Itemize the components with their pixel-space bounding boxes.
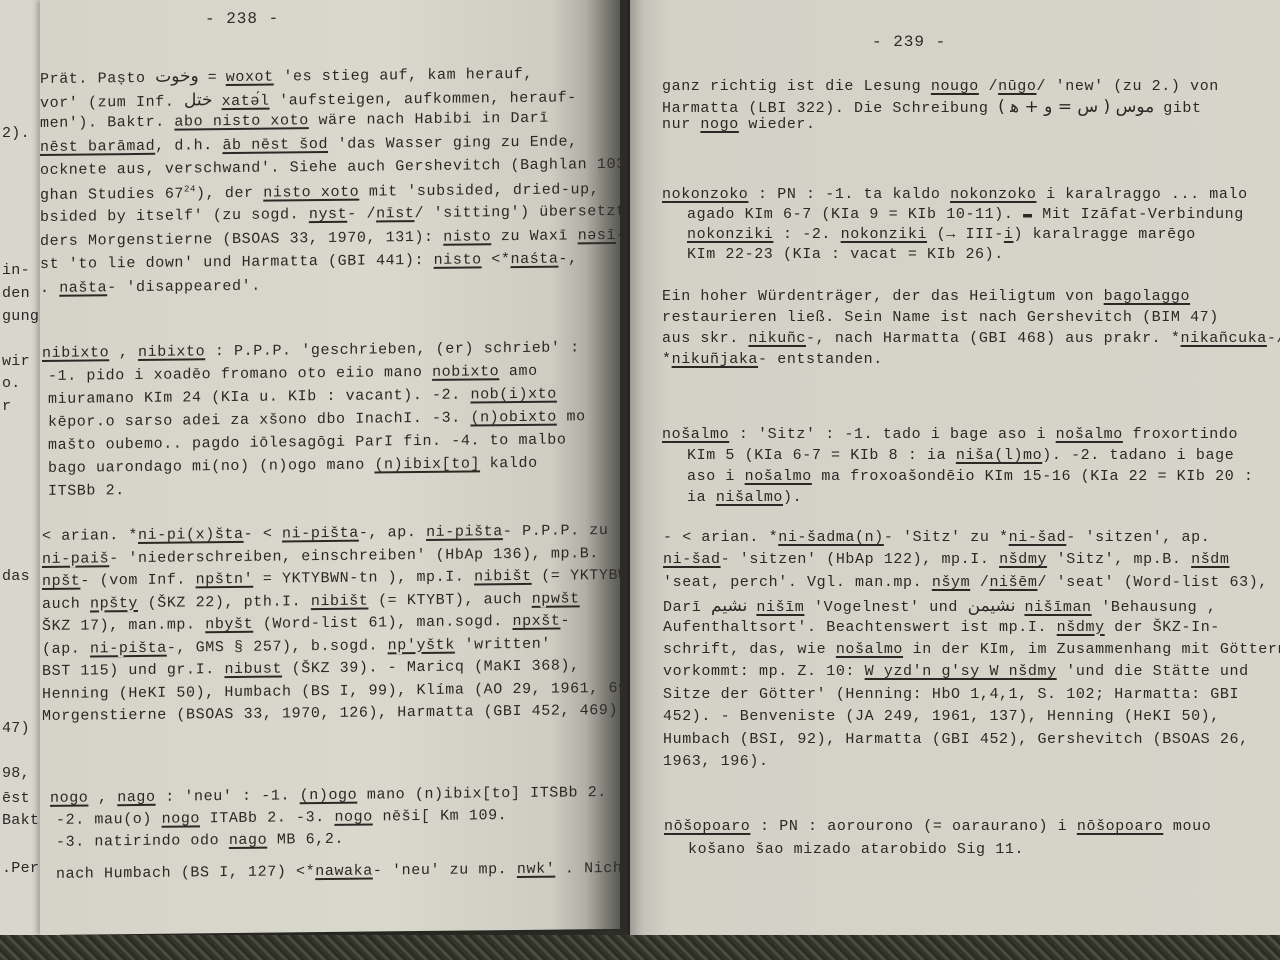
- text-segment: ganz richtig ist die Lesung: [662, 78, 931, 95]
- underlined-term: npštn': [196, 571, 254, 589]
- text-segment: schrift, das, wie: [663, 641, 836, 658]
- underlined-term: nisto xoto: [263, 183, 359, 201]
- etymology-line: Henning (HeKI 50), Humbach (BS I, 99), K…: [42, 679, 657, 702]
- text-segment: [213, 93, 222, 110]
- etymology-line: - < arian. *ni-šadma(n)- 'Sitz' zu *ni-š…: [663, 529, 1210, 546]
- text-segment: KIm 5 (KIa 6-7 = KIb 8 : ia: [687, 447, 956, 464]
- text-segment: <*: [482, 251, 511, 268]
- text-segment: - 'Sitz' zu *: [884, 529, 1009, 546]
- note-line: Ein hoher Würdenträger, der das Heiligtu…: [662, 288, 1190, 305]
- text-segment: BST 115) und gr.I.: [42, 661, 224, 680]
- text-segment: košano šao mizado atarobido Sig 11.: [688, 841, 1024, 858]
- text-segment: MB 6,2.: [267, 831, 344, 849]
- text-segment: Prät. Paṣto: [40, 70, 155, 88]
- text-segment: Sitze der Götter' (Henning: HbO 1,4,1, S…: [663, 686, 1239, 703]
- text-segment: Ein hoher Würdenträger, der das Heiligtu…: [662, 288, 1104, 305]
- underlined-term: āb nēst šod: [222, 135, 328, 153]
- etymology-line: Humbach (BSI, 92), Harmatta (GBI 452), G…: [663, 731, 1249, 748]
- underlined-term: ni-pišta: [282, 525, 359, 543]
- text-segment: - entstanden.: [758, 351, 883, 368]
- underlined-term: nokonziki: [841, 226, 927, 243]
- underlined-term: nikuñc: [748, 330, 806, 347]
- text-segment: ma froxoašondēio KIm 15-16 (KIa 22 = KIb…: [812, 468, 1254, 485]
- text-segment: (ŠKZ 39). - Maricq (MaKI 368),: [282, 657, 580, 677]
- paragraph-line: nēst barāmad, d.h. āb nēst šod 'das Wass…: [40, 133, 578, 156]
- text-segment: ) karalragge marēgo: [1013, 226, 1195, 243]
- text-segment: 1963, 196).: [663, 753, 769, 770]
- note-line: aus skr. nikuñc-, nach Harmatta (GBI 468…: [662, 330, 1280, 347]
- text-segment: (= KTYBT), auch: [368, 590, 531, 609]
- text-segment: : P.P.P. 'geschrieben, (er) schrieb' :: [205, 339, 579, 360]
- entry-nokonzoko-line: nokonziki : -2. nokonziki (→ III-i) kara…: [687, 226, 1196, 243]
- text-segment: Harmatta (LBI 322). Die Schreibung: [662, 100, 998, 117]
- text-segment: -: [561, 612, 571, 629]
- text-segment: < arian. *: [42, 527, 138, 545]
- underlined-term: nago: [229, 832, 267, 849]
- text-segment: 'seat, perch'. Vgl. man.mp.: [663, 574, 932, 591]
- paragraph-line: ghan Studies 6724), der nisto xoto mit '…: [40, 180, 599, 204]
- underlined-term: nago: [117, 789, 155, 806]
- etymology-line: schrift, das, wie nošalmo in der KIm, im…: [663, 641, 1280, 658]
- entry-nago-line: nach Humbach (BS I, 127) <*nawaka- 'neu'…: [56, 860, 632, 883]
- underlined-term: np'yštk: [388, 636, 455, 654]
- underlined-term: nokonziki: [687, 226, 773, 243]
- underlined-term: (n)ogo: [300, 787, 358, 805]
- text-segment: - 'sitzen', ap.: [1066, 529, 1210, 546]
- text-segment: - 'disappeared'.: [107, 277, 261, 296]
- text-segment: (→ III-: [927, 226, 1004, 243]
- text-segment: : 'neu' : -1.: [156, 787, 300, 806]
- entry-nosopoaro-line: košano šao mizado atarobido Sig 11.: [688, 841, 1024, 858]
- underlined-term: nšym: [932, 574, 970, 591]
- underlined-term: nibixto: [42, 344, 109, 362]
- paragraph-line: ders Morgenstierne (BSOAS 33, 1970, 131)…: [40, 226, 635, 249]
- text-segment: froxortindo: [1123, 426, 1238, 443]
- text-segment: ocknete aus, verschwand'. Siehe auch Ger…: [40, 156, 635, 179]
- text-segment: -/: [1267, 330, 1280, 347]
- left-page-238: - 238 - Prät. Paṣto وخوت = woxot 'es sti…: [40, 0, 620, 935]
- underlying-text-fragment: r: [2, 398, 11, 415]
- text-segment: -2. mau(o): [56, 811, 162, 829]
- text-segment: - <: [244, 525, 282, 542]
- underlined-term: nēst barāmad: [40, 137, 155, 155]
- underlined-term: nibixto: [138, 343, 205, 361]
- text-segment: men'). Baktr.: [40, 114, 174, 132]
- etymology-line: Aufenthaltsort'. Beachtenswert ist mp.I.…: [663, 619, 1220, 636]
- underlined-term: nibust: [224, 660, 282, 678]
- entry-nibixto-line: ITSBb 2.: [48, 482, 125, 500]
- text-segment: ,: [88, 789, 117, 806]
- arabic-script: نشیمن: [968, 596, 1016, 616]
- text-segment: mo: [557, 408, 586, 425]
- entry-nibixto-line: nibixto , nibixto : P.P.P. 'geschrieben,…: [42, 339, 580, 362]
- paragraph-line: Prät. Paṣto وخوت = woxot 'es stieg auf, …: [40, 63, 533, 88]
- underlined-term: nšdmy: [999, 551, 1047, 568]
- text-segment: 'Behausung ,: [1092, 599, 1217, 616]
- text-segment: ders Morgenstierne (BSOAS 33, 1970, 131)…: [40, 228, 443, 249]
- text-segment: *: [662, 351, 672, 368]
- paragraph-line: men'). Baktr. abo nisto xoto wäre nach H…: [40, 110, 549, 132]
- underlined-term: (n)obixto: [470, 409, 556, 427]
- text-segment: 'Vogelnest' und: [804, 599, 967, 616]
- text-segment: vor' (zum Inf.: [40, 93, 184, 112]
- text-segment: in der KIm, im Zusammenhang mit Göttern: [903, 641, 1280, 658]
- entry-nibixto-line: -1. pido i xoadēo fromano oto eiio mano …: [48, 363, 538, 385]
- paragraph-line: bsided by itself' (zu sogd. nyst- /nīst/…: [40, 203, 635, 226]
- entry-nosalmo-line: ia nišalmo).: [687, 489, 802, 506]
- etymology-line: 1963, 196).: [663, 753, 769, 770]
- text-segment: bago uarondago mi(no) (n)ogo mano: [48, 456, 374, 476]
- intro-line: nur nogo wieder.: [662, 116, 816, 133]
- text-segment: bsided by itself' (zu sogd.: [40, 206, 309, 226]
- underlined-term: nisto: [434, 251, 482, 269]
- text-segment: Humbach (BSI, 92), Harmatta (GBI 452), G…: [663, 731, 1249, 748]
- underlined-term: nošalmo: [1056, 426, 1123, 443]
- etymology-line: (ap. ni-pišta-, GMS § 257), b.sogd. np'y…: [42, 635, 551, 657]
- table-surface: [0, 935, 1280, 960]
- underlined-term: ni-šadma(n): [778, 529, 884, 546]
- underlined-term: npxšt: [513, 613, 561, 631]
- paragraph-line: st 'to lie down' und Harmatta (GBI 441):…: [40, 250, 578, 273]
- underlying-text-fragment: gung: [2, 308, 39, 325]
- entry-nosalmo-line: nošalmo : 'Sitz' : -1. tado i bage aso i…: [662, 426, 1238, 443]
- text-segment: wieder.: [739, 116, 816, 133]
- entry-nokonzoko-line: KIm 22-23 (KIa : vacat = KIb 26).: [687, 246, 1004, 263]
- text-segment: - 'neu' zu mp.: [373, 861, 517, 880]
- text-segment: : -2.: [773, 226, 840, 243]
- text-segment: -, ap.: [359, 524, 426, 542]
- arabic-script: ختل: [184, 90, 213, 110]
- text-segment: -, GMS § 257), b.sogd.: [167, 637, 388, 656]
- text-segment: nēši[ Km 109.: [373, 807, 507, 825]
- text-segment: 'written': [455, 635, 551, 653]
- underlined-term: nogo: [50, 789, 88, 806]
- text-segment: ,: [109, 344, 138, 361]
- text-segment: ITSBb 2.: [48, 482, 125, 500]
- underlined-term: nogo: [334, 809, 372, 826]
- underlined-term: nogo: [162, 810, 200, 827]
- text-segment: Morgenstierne (BSOAS 33, 1970, 126), Har…: [42, 702, 628, 725]
- underlined-term: nyst: [309, 206, 347, 223]
- underlined-term: nogo: [700, 116, 738, 133]
- text-segment: ).: [783, 489, 802, 506]
- entry-nosopoaro-line: nōšopoaro : PN : aorourono (= oaraurano)…: [664, 818, 1211, 835]
- underlying-text-fragment: wir: [2, 353, 30, 370]
- underlined-term: nošalmo: [836, 641, 903, 658]
- text-segment: ). -2. tadano i bage: [1042, 447, 1234, 464]
- text-segment: aso i: [687, 468, 745, 485]
- text-segment: zu Waxī: [491, 227, 577, 245]
- etymology-line: ŠKZ 17), man.mp. nbyšt (Word-list 61), m…: [42, 612, 570, 635]
- arabic-script: نشیم: [711, 596, 747, 616]
- text-segment: - /: [347, 205, 376, 222]
- underlying-text-fragment: das: [2, 568, 30, 585]
- entry-nibixto-line: mašto oubemo.. pagdo iōlesagōgi ParI fin…: [48, 431, 566, 453]
- text-segment: der ŠKZ-In-: [1105, 619, 1220, 636]
- underlying-text-fragment: ēst: [2, 790, 30, 807]
- text-segment: . Nicht: [555, 860, 632, 878]
- underlined-term: ni-paiš: [42, 550, 109, 568]
- entry-nosalmo-line: aso i nošalmo ma froxoašondēio KIm 15-16…: [687, 468, 1254, 485]
- underlying-text-fragment: 2).: [2, 125, 30, 142]
- arabic-script: ﻣﻮس ( س = ﻭ + ﻫ ): [998, 97, 1154, 117]
- underlined-term: nšdm: [1191, 551, 1229, 568]
- underlined-term: ni-pišta: [426, 523, 503, 541]
- text-segment: mouo: [1163, 818, 1211, 835]
- underlined-term: nišēm: [989, 574, 1037, 591]
- text-segment: miuramano KIm 24 (KIa u. KIb : vacant). …: [48, 386, 470, 407]
- entry-nibixto-line: bago uarondago mi(no) (n)ogo mano (n)ibi…: [48, 455, 538, 477]
- paragraph-line: vor' (zum Inf. ختل xatə́l 'aufsteigen, a…: [40, 86, 577, 112]
- underlined-term: nwk': [517, 861, 555, 878]
- text-segment: - < arian. *: [663, 529, 778, 546]
- text-segment: restaurieren ließ. Sein Name ist nach Ge…: [662, 309, 1219, 326]
- text-segment: Aufenthaltsort'. Beachtenswert ist mp.I.: [663, 619, 1057, 636]
- entry-nokonzoko-line: nokonzoko : PN : -1. ta kaldo nokonzoko …: [662, 186, 1248, 203]
- underlined-term: xatə́l: [222, 92, 270, 110]
- underlined-term: nisto: [443, 228, 491, 246]
- etymology-line: Sitze der Götter' (Henning: HbO 1,4,1, S…: [663, 686, 1239, 703]
- underlined-term: npšty: [90, 594, 138, 612]
- text-segment: .: [40, 279, 59, 296]
- text-segment: : PN : -1. ta kaldo: [748, 186, 950, 203]
- text-segment: Darī: [663, 599, 711, 616]
- etymology-line: ni-šad- 'sitzen' (HbAp 122), mp.I. nšdmy…: [663, 551, 1230, 568]
- intro-line: ganz richtig ist die Lesung nougo /nūgo/…: [662, 78, 1219, 95]
- underlined-term: nošalmo: [745, 468, 812, 485]
- underlined-term: niša(l)mo: [956, 447, 1042, 464]
- text-segment: vorkommt: mp. Z. 10:: [663, 663, 865, 680]
- underlined-term: nawaka: [315, 863, 373, 881]
- text-segment: mit 'subsided, dried-up,: [359, 181, 599, 201]
- text-segment: st 'to lie down' und Harmatta (GBI 441):: [40, 252, 434, 273]
- underlined-term: W yzd'n g'sy W nšdmy: [865, 663, 1057, 680]
- underlined-term: nošalmo: [662, 426, 729, 443]
- text-segment: aus skr.: [662, 330, 748, 347]
- entry-nago-line: -3. natirindo odo nago MB 6,2.: [56, 831, 344, 851]
- text-segment: / 'sitting') übersetzt.: [414, 203, 635, 222]
- underlying-text-fragment: 47): [2, 720, 30, 737]
- text-segment: wäre nach Habibi in Darī: [309, 110, 549, 130]
- underlined-term: našta: [59, 279, 107, 297]
- underlined-term: nikuñjaka: [672, 351, 758, 368]
- etymology-line: auch npšty (ŠKZ 22), pth.I. nibišt (= KT…: [42, 590, 580, 613]
- underlying-text-fragment: o.: [2, 375, 21, 392]
- entry-nokonzoko-line: agado KIm 6-7 (KIa 9 = KIb 10-11). ▬ Mit…: [687, 206, 1244, 223]
- text-segment: gibt: [1154, 100, 1201, 117]
- text-segment: , d.h.: [155, 137, 222, 155]
- underlying-text-fragment: den: [2, 285, 30, 302]
- text-segment: mašto oubemo.. pagdo iōlesagōgi ParI fin…: [48, 431, 566, 453]
- etymology-line: < arian. *ni-pi(x)šta- < ni-pišta-, ap. …: [42, 522, 609, 545]
- text-segment: 'das Wasser ging zu Ende,: [328, 133, 578, 153]
- text-segment: /: [970, 574, 989, 591]
- text-segment: / 'seat' (Word-list 63),: [1037, 574, 1267, 591]
- text-segment: =: [199, 69, 226, 86]
- etymology-line: Darī نشیم nišīm 'Vogelnest' und نشیمن ni…: [663, 596, 1216, 616]
- paragraph-line: ocknete aus, verschwand'. Siehe auch Ger…: [40, 156, 635, 179]
- right-page-239: - 239 - ganz richtig ist die Lesung noug…: [628, 0, 1280, 940]
- underlined-term: abo nisto xoto: [174, 112, 308, 130]
- text-segment: -3. natirindo odo: [56, 832, 229, 851]
- entry-nago-line: nogo , nago : 'neu' : -1. (n)ogo mano (n…: [50, 784, 607, 807]
- underlined-term: ni-šad: [663, 551, 721, 568]
- underlined-term: nəsī: [578, 226, 616, 243]
- entry-nibixto-line: miuramano KIm 24 (KIa u. KIb : vacant). …: [48, 386, 557, 408]
- text-segment: ITABb 2. -3.: [200, 809, 334, 827]
- underlined-term: ni-pi(x)šta: [138, 526, 244, 544]
- text-segment: auch: [42, 595, 90, 613]
- etymology-line: ni-paiš- 'niederschreiben, einschreiben'…: [42, 545, 599, 568]
- footnote-ref: 24: [184, 184, 196, 194]
- underlined-term: nūgo: [998, 78, 1036, 95]
- text-segment: : 'Sitz' : -1. tado i bage aso i: [729, 426, 1055, 443]
- page-number-238: - 238 -: [205, 9, 279, 28]
- text-segment: agado KIm 6-7 (KIa 9 = KIb 10-11). ▬ Mit…: [687, 206, 1244, 223]
- entry-nago-line: -2. mau(o) nogo ITABb 2. -3. nogo nēši[ …: [56, 807, 507, 829]
- underlined-term: bagolaggo: [1104, 288, 1190, 305]
- note-line: *nikuñjaka- entstanden.: [662, 351, 883, 368]
- underlined-term: nibišt: [311, 592, 369, 610]
- underlined-term: (n)ibix[to]: [374, 455, 480, 473]
- text-segment: KIm 22-23 (KIa : vacat = KIb 26).: [687, 246, 1004, 263]
- entry-nosalmo-line: KIm 5 (KIa 6-7 = KIb 8 : ia niša(l)mo). …: [687, 447, 1234, 464]
- text-segment: (ŠKZ 22), pth.I.: [138, 593, 311, 612]
- text-segment: - 'niederschreiben, einschreiben' (HbAp …: [109, 545, 599, 567]
- text-segment: - P.P.P. zu: [503, 522, 609, 540]
- underlined-term: woxot: [226, 69, 274, 87]
- text-segment: kaldo: [480, 455, 538, 473]
- text-segment: /: [979, 78, 998, 95]
- text-segment: ghan Studies 67: [40, 185, 184, 204]
- underlined-term: nikañcuka: [1181, 330, 1267, 347]
- text-segment: nach Humbach (BS I, 127) <*: [56, 863, 315, 883]
- etymology-line: 'seat, perch'. Vgl. man.mp. nšym /nišēm/…: [663, 574, 1268, 591]
- text-segment: 'und die Stätte und: [1057, 663, 1249, 680]
- underlined-term: ni-šad: [1009, 529, 1067, 546]
- text-segment: nur: [662, 116, 700, 133]
- text-segment: = YKTYBWN-tn ), mp.I.: [253, 568, 474, 587]
- underlined-term: ni-pišta: [90, 639, 167, 657]
- entry-nibixto-line: kēpor.o sarso adei za xšono dbo InachI. …: [48, 408, 586, 431]
- text-segment: Henning (HeKI 50), Humbach (BS I, 99), K…: [42, 679, 657, 702]
- text-segment: (ap.: [42, 640, 90, 658]
- text-segment: mano (n)ibix[to] ITSBb 2.: [357, 784, 607, 804]
- underlined-term: nišīman: [1024, 599, 1091, 616]
- etymology-line: npšt- (vom Inf. npštn' = YKTYBWN-tn ), m…: [42, 567, 657, 590]
- text-segment: amo: [499, 363, 537, 380]
- underlined-term: naśta: [511, 251, 559, 269]
- etymology-line: BST 115) und gr.I. nibust (ŠKZ 39). - Ma…: [42, 657, 580, 680]
- note-line: restaurieren ließ. Sein Name ist nach Ge…: [662, 309, 1219, 326]
- text-segment: kēpor.o sarso adei za xšono dbo InachI. …: [48, 409, 470, 430]
- text-segment: 452). - Benveniste (JA 249, 1961, 137), …: [663, 708, 1220, 725]
- underlined-term: nišalmo: [716, 489, 783, 506]
- underlying-text-fragment: in-: [2, 262, 30, 279]
- text-segment: -, nach Harmatta (GBI 468) aus prakr. *: [806, 330, 1180, 347]
- text-segment: / 'new' (zu 2.) von: [1036, 78, 1218, 95]
- text-segment: 'es stieg auf, kam herauf,: [274, 66, 533, 86]
- underlined-term: nibišt: [474, 568, 532, 586]
- text-segment: -1. pido i xoadēo fromano oto eiio mano: [48, 364, 432, 385]
- text-segment: - 'sitzen' (HbAp 122), mp.I.: [721, 551, 999, 568]
- underlined-term: nokonzoko: [662, 186, 748, 203]
- etymology-line: vorkommt: mp. Z. 10: W yzd'n g'sy W nšdm…: [663, 663, 1249, 680]
- underlined-term: nobixto: [432, 363, 499, 381]
- text-segment: ), der: [196, 184, 263, 202]
- underlined-term: nbyšt: [205, 616, 253, 634]
- underlined-term: nōšopoaro: [1077, 818, 1163, 835]
- etymology-line: Morgenstierne (BSOAS 33, 1970, 126), Har…: [42, 702, 628, 725]
- underlined-term: nīst: [376, 205, 414, 222]
- underlined-term: nokonzoko: [950, 186, 1036, 203]
- underlined-term: nob(i)xto: [470, 386, 556, 404]
- paragraph-line: . našta- 'disappeared'.: [40, 277, 261, 296]
- text-segment: ia: [687, 489, 716, 506]
- text-segment: (Word-list 61), man.sogd.: [253, 613, 512, 633]
- underlined-term: nougo: [931, 78, 979, 95]
- text-segment: -,: [559, 250, 578, 267]
- text-segment: - (vom Inf.: [80, 571, 195, 589]
- text-segment: 'Sitz', mp.B.: [1047, 551, 1191, 568]
- underlined-term: npwšt: [532, 590, 580, 608]
- text-segment: ŠKZ 17), man.mp.: [42, 616, 205, 635]
- etymology-line: 452). - Benveniste (JA 249, 1961, 137), …: [663, 708, 1220, 725]
- underlined-term: nōšopoaro: [664, 818, 750, 835]
- underlined-term: npšt: [42, 573, 80, 590]
- underlined-term: nišīm: [756, 599, 804, 616]
- text-segment: i karalraggo ... malo: [1036, 186, 1247, 203]
- page-number-239: - 239 -: [872, 33, 946, 51]
- underlined-term: nšdmy: [1057, 619, 1105, 636]
- text-segment: 'aufsteigen, aufkommen, herauf-: [270, 89, 577, 109]
- intro-line: Harmatta (LBI 322). Die Schreibung ﻣﻮس (…: [662, 97, 1202, 117]
- arabic-script: وخوت: [155, 66, 199, 86]
- text-segment: : PN : aorourono (= oaraurano) i: [750, 818, 1076, 835]
- underlying-text-fragment: 98,: [2, 765, 30, 782]
